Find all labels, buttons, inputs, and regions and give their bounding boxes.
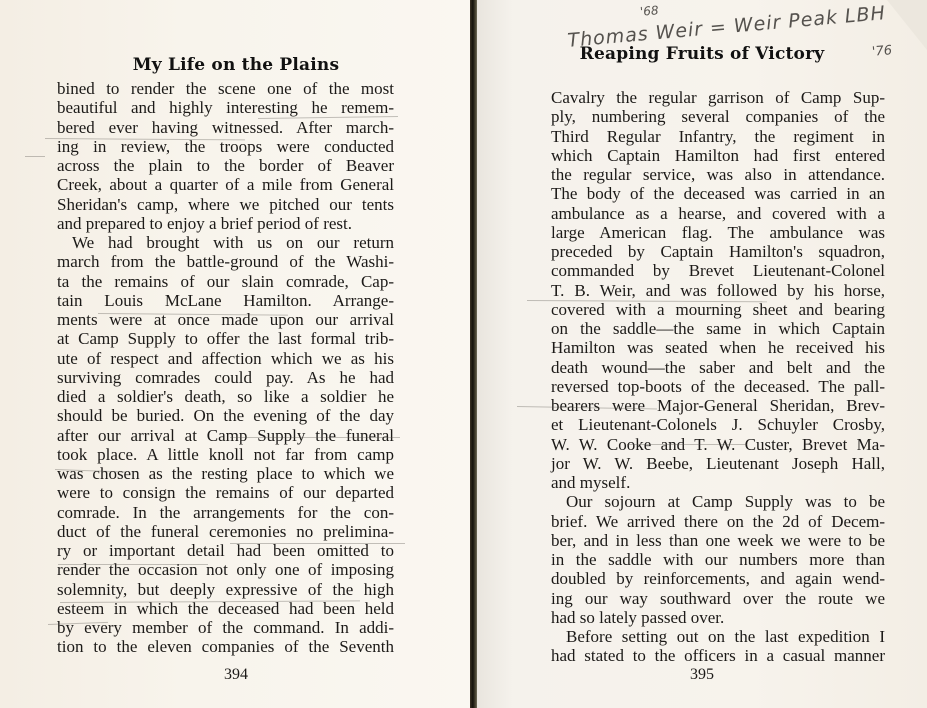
page-number: 395 (477, 666, 927, 684)
text-line: ply, numbering several companies of the (551, 107, 885, 126)
text-line: jor W. W. Beebe, Lieutenant Joseph Hall, (551, 454, 885, 473)
text-line: on the saddle—the same in which Captain (551, 319, 885, 338)
right-page: '68 Thomas Weir = Weir Peak LBH '76 Reap… (477, 0, 927, 708)
text-line: took place. A little knoll not far from … (57, 445, 394, 464)
running-head: Reaping Fruits of Victory (477, 44, 927, 64)
text-line: comrade. In the arrangements for the con… (57, 503, 394, 522)
text-line: march from the battle-ground of the Wash… (57, 252, 394, 271)
text-line: We had brought with us on our return (57, 233, 394, 252)
pencil-underline (25, 156, 45, 157)
text-line: and prepared to enjoy a brief period of … (57, 214, 394, 233)
text-line: which Captain Hamilton had first entered (551, 146, 885, 165)
text-line: The body of the deceased was carried in … (551, 184, 885, 203)
text-line: Before setting out on the last expeditio… (551, 627, 885, 646)
text-line: et Lieutenant-Colonels J. Schuyler Crosb… (551, 415, 885, 434)
text-line: duct of the funeral ceremonies no prelim… (57, 522, 394, 541)
text-line: solemnity, but deeply expressive of the … (57, 580, 394, 599)
text-line: across the plain to the border of Beaver (57, 156, 394, 175)
text-line: and myself. (551, 473, 885, 492)
handwritten-year-above: '68 (639, 3, 659, 19)
text-line: ing our way southward over the route we (551, 589, 885, 608)
body-text: bined to render the scene one of the mos… (57, 79, 394, 657)
text-line: bearers were Major-General Sheridan, Bre… (551, 396, 885, 415)
text-line: doubled by reinforcements, and again wen… (551, 569, 885, 588)
text-line: tion to the eleven companies of the Seve… (57, 637, 394, 656)
text-line: ambulance as a hearse, and covered with … (551, 204, 885, 223)
left-page: My Life on the Plains bined to render th… (0, 0, 472, 708)
text-line: Hamilton was seated when he received his (551, 338, 885, 357)
pencil-underline (230, 437, 400, 438)
text-line: reversed top-boots of the deceased. The … (551, 377, 885, 396)
text-line: death wound—the saber and belt and the (551, 358, 885, 377)
text-line: brief. We arrived there on the 2d of Dec… (551, 512, 885, 531)
text-line: ta the remains of our slain comrade, Cap… (57, 272, 394, 291)
text-line: in the saddle with our numbers more than (551, 550, 885, 569)
text-line: T. B. Weir, and was followed by his hors… (551, 281, 885, 300)
corner-fold (887, 0, 927, 50)
text-line: ber, and in less than one week we were t… (551, 531, 885, 550)
text-line: large American flag. The ambulance was (551, 223, 885, 242)
text-line: covered with a mourning sheet and bearin… (551, 300, 885, 319)
pencil-underline (627, 444, 747, 445)
text-line: commanded by Brevet Lieutenant-Colonel (551, 261, 885, 280)
text-line: beautiful and highly interesting he reme… (57, 98, 394, 117)
text-line: surviving comrades could pay. As he had (57, 368, 394, 387)
text-line: had stated to the officers in a casual m… (551, 646, 885, 665)
text-line: bered ever having witnessed. After march… (57, 118, 394, 137)
pencil-underline (230, 543, 405, 544)
pencil-underline (58, 564, 208, 565)
text-line: tain Louis McLane Hamilton. Arrange- (57, 291, 394, 310)
text-line: by every member of the command. In addi- (57, 618, 394, 637)
text-line: Creek, about a quarter of a mile from Ge… (57, 175, 394, 194)
text-line: Cavalry the regular garrison of Camp Sup… (551, 88, 885, 107)
text-line: after our arrival at Camp Supply the fun… (57, 426, 394, 445)
text-line: at Camp Supply to offer the last formal … (57, 329, 394, 348)
text-line: preceded by Captain Hamilton's squadron, (551, 242, 885, 261)
text-line: had so lately passed over. (551, 608, 885, 627)
text-line: was chosen as the resting place to which… (57, 464, 394, 483)
running-head: My Life on the Plains (0, 55, 472, 75)
text-line: Third Regular Infantry, the regiment in (551, 127, 885, 146)
text-line: Sheridan's camp, where we pitched our te… (57, 195, 394, 214)
text-line: died a soldier's death, so like a soldie… (57, 387, 394, 406)
page-number: 394 (0, 666, 472, 684)
text-line: Our sojourn at Camp Supply was to be (551, 492, 885, 511)
text-line: the regular service, was also in attenda… (551, 165, 885, 184)
text-line: bined to render the scene one of the mos… (57, 79, 394, 98)
body-text: Cavalry the regular garrison of Camp Sup… (551, 88, 885, 666)
text-line: should be buried. On the evening of the … (57, 406, 394, 425)
text-line: ute of respect and affection which we as… (57, 349, 394, 368)
text-line: were to consign the remains of our depar… (57, 483, 394, 502)
